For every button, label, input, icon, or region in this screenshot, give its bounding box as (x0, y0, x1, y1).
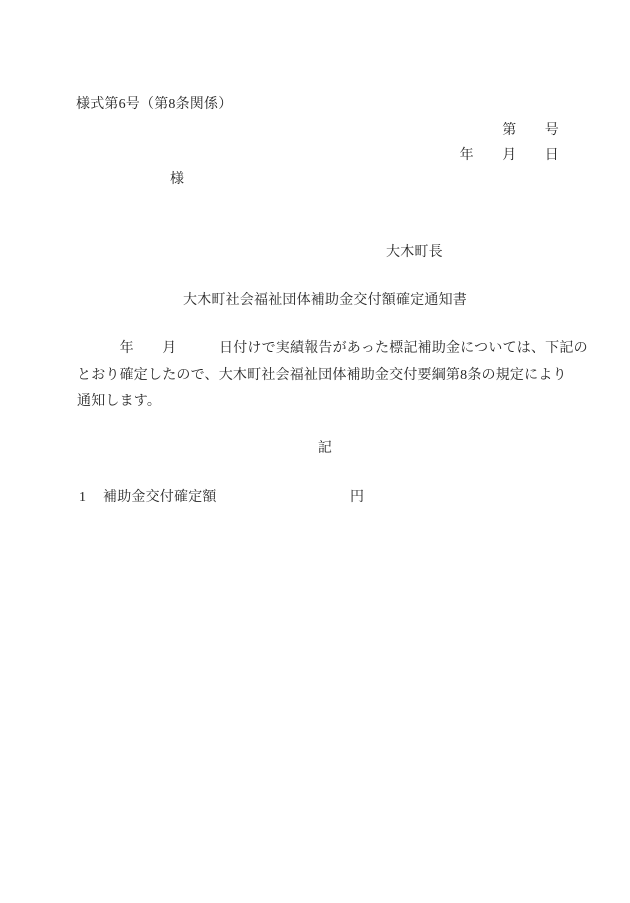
item-label: 補助金交付確定額 (103, 490, 217, 505)
form-number-line: 様式第6号（第8条関係） (76, 97, 232, 112)
body-line-3: 通知します。 (77, 394, 161, 409)
date-line: 年 月 日 (460, 148, 559, 163)
document-title: 大木町社会福祉団体補助金交付額確定通知書 (77, 293, 573, 308)
sender-name: 大木町長 (386, 245, 443, 260)
addressee-honorific: 様 (170, 172, 184, 187)
body-line-2: とおり確定したので、大木町社会福祉団体補助金交付要綱第8条の規定により (77, 368, 567, 383)
body-line-1: 年 月 日付けで実績報告があった標記補助金については、下記の (77, 341, 588, 356)
item-number: 1 (79, 490, 86, 505)
item-unit: 円 (350, 490, 364, 505)
record-marker: 記 (77, 441, 573, 456)
doc-number-line: 第 号 (502, 123, 559, 138)
document-page: 様式第6号（第8条関係） 第 号 年 月 日 様 大木町長 大木町社会福祉団体補… (0, 0, 630, 903)
